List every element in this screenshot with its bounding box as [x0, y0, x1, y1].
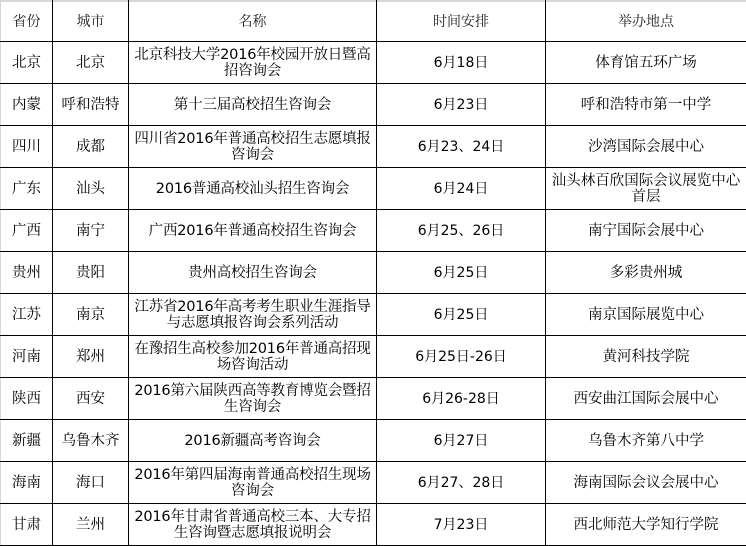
- cell-province: 陕西: [1, 378, 53, 420]
- header-time: 时间安排: [377, 1, 546, 42]
- cell-time: 6月27日: [377, 420, 546, 462]
- cell-city: 北京: [53, 42, 129, 84]
- cell-time: 6月18日: [377, 42, 546, 84]
- table-row: 广西 南宁 广西2016年普通高校招生咨询会 6月25、26日 南宁国际会展中心: [1, 210, 746, 252]
- cell-city: 南宁: [53, 210, 129, 252]
- cell-province: 河南: [1, 336, 53, 378]
- header-row: 省份 城市 名称 时间安排 举办地点: [1, 1, 746, 42]
- header-province: 省份: [1, 1, 53, 42]
- cell-province: 海南: [1, 462, 53, 504]
- cell-venue: 南京国际展览中心: [546, 294, 746, 336]
- header-venue: 举办地点: [546, 1, 746, 42]
- cell-province: 内蒙: [1, 84, 53, 126]
- cell-time: 6月23日: [377, 84, 546, 126]
- table-row: 陕西 西安 2016第六届陕西高等教育博览会暨招生咨询会 6月26-28日 西安…: [1, 378, 746, 420]
- table-row: 北京 北京 北京科技大学2016年校园开放日暨高招咨询会 6月18日 体育馆五环…: [1, 42, 746, 84]
- cell-province: 贵州: [1, 252, 53, 294]
- cell-venue: 乌鲁木齐第八中学: [546, 420, 746, 462]
- table-row: 内蒙 呼和浩特 第十三届高校招生咨询会 6月23日 呼和浩特市第一中学: [1, 84, 746, 126]
- table-row: 广东 汕头 2016普通高校汕头招生咨询会 6月24日 汕头林百欣国际会议展览中…: [1, 168, 746, 210]
- cell-city: 贵阳: [53, 252, 129, 294]
- cell-venue: 呼和浩特市第一中学: [546, 84, 746, 126]
- cell-province: 四川: [1, 126, 53, 168]
- table-row: 贵州 贵阳 贵州高校招生咨询会 6月25日 多彩贵州城: [1, 252, 746, 294]
- cell-time: 6月26-28日: [377, 378, 546, 420]
- cell-province: 广东: [1, 168, 53, 210]
- admission-fair-schedule-table: 省份 城市 名称 时间安排 举办地点 北京 北京 北京科技大学2016年校园开放…: [0, 0, 746, 546]
- header-city: 城市: [53, 1, 129, 42]
- table-row: 甘肃 兰州 2016年甘肃省普通高校三本、大专招生咨询暨志愿填报说明会 7月23…: [1, 504, 746, 546]
- cell-venue: 西安曲江国际会展中心: [546, 378, 746, 420]
- cell-city: 南京: [53, 294, 129, 336]
- cell-province: 江苏: [1, 294, 53, 336]
- cell-time: 6月25日: [377, 252, 546, 294]
- cell-time: 6月23、24日: [377, 126, 546, 168]
- cell-city: 乌鲁木齐: [53, 420, 129, 462]
- cell-time: 6月25日-26日: [377, 336, 546, 378]
- cell-time: 6月24日: [377, 168, 546, 210]
- cell-city: 汕头: [53, 168, 129, 210]
- table-row: 新疆 乌鲁木齐 2016新疆高考咨询会 6月27日 乌鲁木齐第八中学: [1, 420, 746, 462]
- cell-venue: 体育馆五环广场: [546, 42, 746, 84]
- cell-name: 2016新疆高考咨询会: [129, 420, 377, 462]
- cell-province: 广西: [1, 210, 53, 252]
- cell-name: 2016年甘肃省普通高校三本、大专招生咨询暨志愿填报说明会: [129, 504, 377, 546]
- cell-name: 第十三届高校招生咨询会: [129, 84, 377, 126]
- cell-venue: 沙湾国际会展中心: [546, 126, 746, 168]
- cell-city: 兰州: [53, 504, 129, 546]
- cell-city: 西安: [53, 378, 129, 420]
- cell-venue: 南宁国际会展中心: [546, 210, 746, 252]
- cell-city: 呼和浩特: [53, 84, 129, 126]
- table-row: 河南 郑州 在豫招生高校参加2016年普通高招现场咨询活动 6月25日-26日 …: [1, 336, 746, 378]
- cell-province: 北京: [1, 42, 53, 84]
- cell-name: 2016第六届陕西高等教育博览会暨招生咨询会: [129, 378, 377, 420]
- cell-name: 四川省2016年普通高校招生志愿填报咨询会: [129, 126, 377, 168]
- cell-venue: 海南国际会议会展中心: [546, 462, 746, 504]
- cell-city: 海口: [53, 462, 129, 504]
- cell-venue: 西北师范大学知行学院: [546, 504, 746, 546]
- cell-venue: 多彩贵州城: [546, 252, 746, 294]
- cell-city: 郑州: [53, 336, 129, 378]
- cell-venue: 黄河科技学院: [546, 336, 746, 378]
- cell-time: 6月27、28日: [377, 462, 546, 504]
- cell-name: 江苏省2016年高考考生职业生涯指导与志愿填报咨询会系列活动: [129, 294, 377, 336]
- cell-name: 贵州高校招生咨询会: [129, 252, 377, 294]
- cell-time: 6月25、26日: [377, 210, 546, 252]
- table-row: 江苏 南京 江苏省2016年高考考生职业生涯指导与志愿填报咨询会系列活动 6月2…: [1, 294, 746, 336]
- table-row: 海南 海口 2016年第四届海南普通高校招生现场咨询会 6月27、28日 海南国…: [1, 462, 746, 504]
- cell-venue: 汕头林百欣国际会议展览中心首层: [546, 168, 746, 210]
- cell-name: 广西2016年普通高校招生咨询会: [129, 210, 377, 252]
- cell-name: 2016年第四届海南普通高校招生现场咨询会: [129, 462, 377, 504]
- cell-time: 7月23日: [377, 504, 546, 546]
- cell-time: 6月25日: [377, 294, 546, 336]
- table-row: 四川 成都 四川省2016年普通高校招生志愿填报咨询会 6月23、24日 沙湾国…: [1, 126, 746, 168]
- cell-province: 新疆: [1, 420, 53, 462]
- cell-name: 2016普通高校汕头招生咨询会: [129, 168, 377, 210]
- cell-name: 在豫招生高校参加2016年普通高招现场咨询活动: [129, 336, 377, 378]
- cell-name: 北京科技大学2016年校园开放日暨高招咨询会: [129, 42, 377, 84]
- cell-city: 成都: [53, 126, 129, 168]
- cell-province: 甘肃: [1, 504, 53, 546]
- header-name: 名称: [129, 1, 377, 42]
